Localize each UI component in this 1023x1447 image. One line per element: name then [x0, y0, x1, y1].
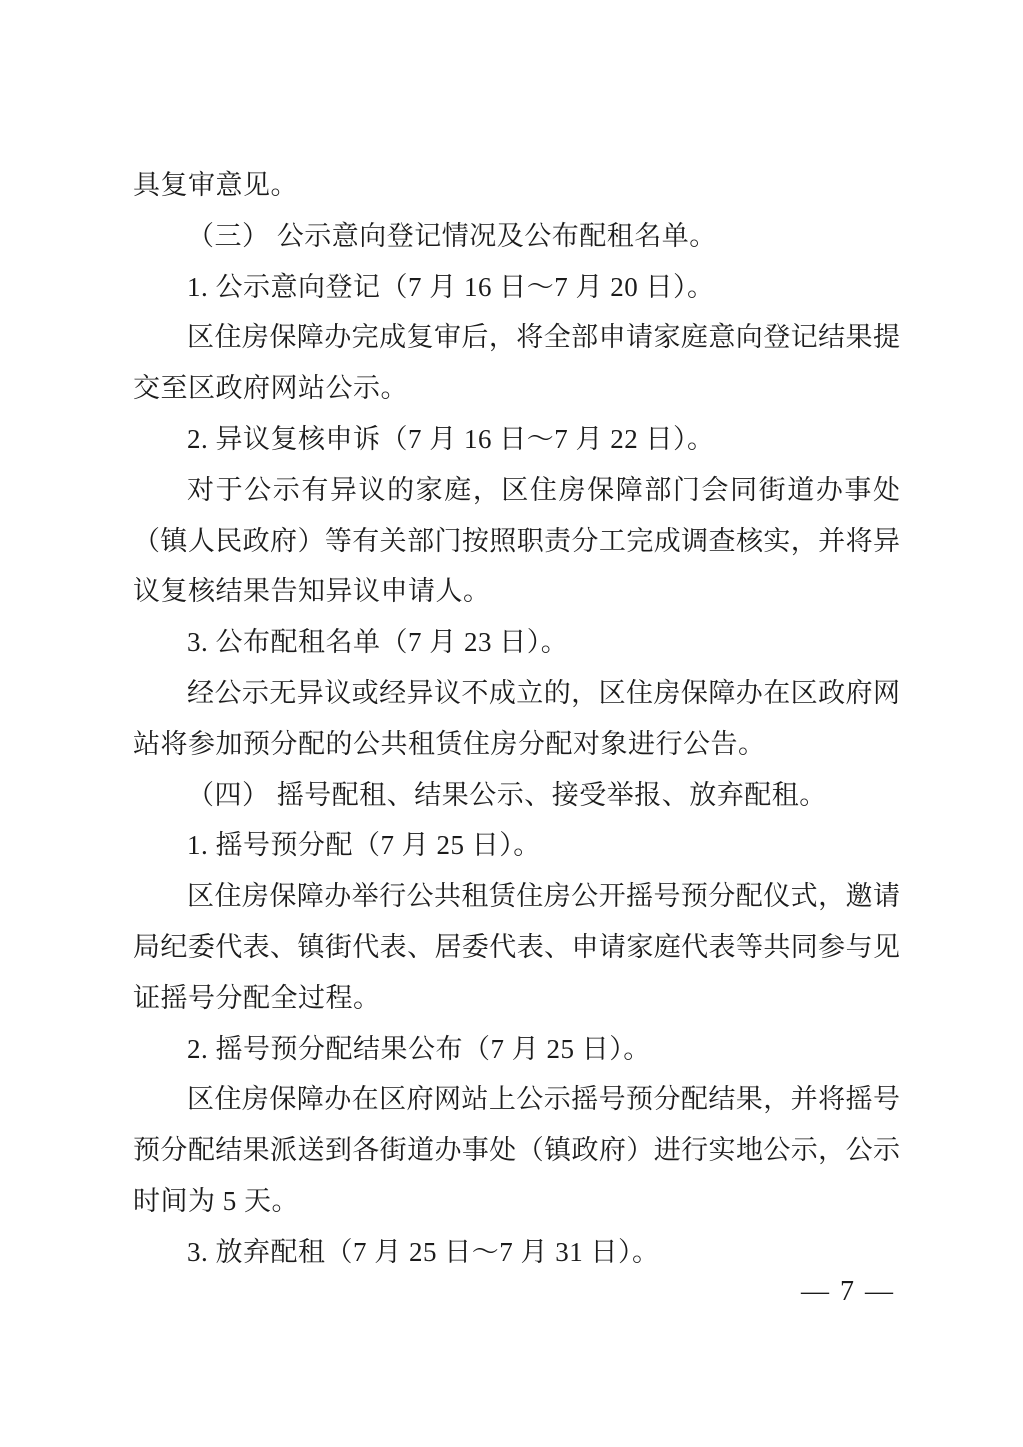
text-line: 具复审意见。 — [133, 160, 900, 211]
text-line: 1. 公示意向登记（7 月 16 日～7 月 20 日）。 — [133, 262, 900, 313]
text-line: （镇人民政府）等有关部门按照职责分工完成调查核实，并将异 — [133, 516, 900, 567]
text-line: 2. 异议复核申诉（7 月 16 日～7 月 22 日）。 — [133, 414, 900, 465]
text-line: 对于公示有异议的家庭，区住房保障部门会同街道办事处 — [133, 465, 900, 516]
text-line: 3. 公布配租名单（7 月 23 日）。 — [133, 617, 900, 668]
text-line: 区住房保障办在区府网站上公示摇号预分配结果，并将摇号 — [133, 1074, 900, 1125]
text-line: 证摇号分配全过程。 — [133, 973, 900, 1024]
document-body: 具复审意见。（三） 公示意向登记情况及公布配租名单。1. 公示意向登记（7 月 … — [133, 160, 900, 1278]
text-line: （四） 摇号配租、结果公示、接受举报、放弃配租。 — [133, 770, 900, 821]
text-line: 区住房保障办举行公共租赁住房公开摇号预分配仪式，邀请 — [133, 871, 900, 922]
text-line: 1. 摇号预分配（7 月 25 日）。 — [133, 820, 900, 871]
text-line: 时间为 5 天。 — [133, 1176, 900, 1227]
text-line: 局纪委代表、镇街代表、居委代表、申请家庭代表等共同参与见 — [133, 922, 900, 973]
text-line: 区住房保障办完成复审后，将全部申请家庭意向登记结果提 — [133, 312, 900, 363]
text-line: 交至区政府网站公示。 — [133, 363, 900, 414]
text-line: （三） 公示意向登记情况及公布配租名单。 — [133, 211, 900, 262]
text-line: 3. 放弃配租（7 月 25 日～7 月 31 日）。 — [133, 1227, 900, 1278]
page-number: — 7 — — [801, 1272, 895, 1312]
text-line: 议复核结果告知异议申请人。 — [133, 566, 900, 617]
text-line: 2. 摇号预分配结果公布（7 月 25 日）。 — [133, 1024, 900, 1075]
text-line: 经公示无异议或经异议不成立的，区住房保障办在区政府网 — [133, 668, 900, 719]
text-line: 预分配结果派送到各街道办事处（镇政府）进行实地公示，公示 — [133, 1125, 900, 1176]
document-page: 具复审意见。（三） 公示意向登记情况及公布配租名单。1. 公示意向登记（7 月 … — [0, 0, 1023, 1447]
text-line: 站将参加预分配的公共租赁住房分配对象进行公告。 — [133, 719, 900, 770]
